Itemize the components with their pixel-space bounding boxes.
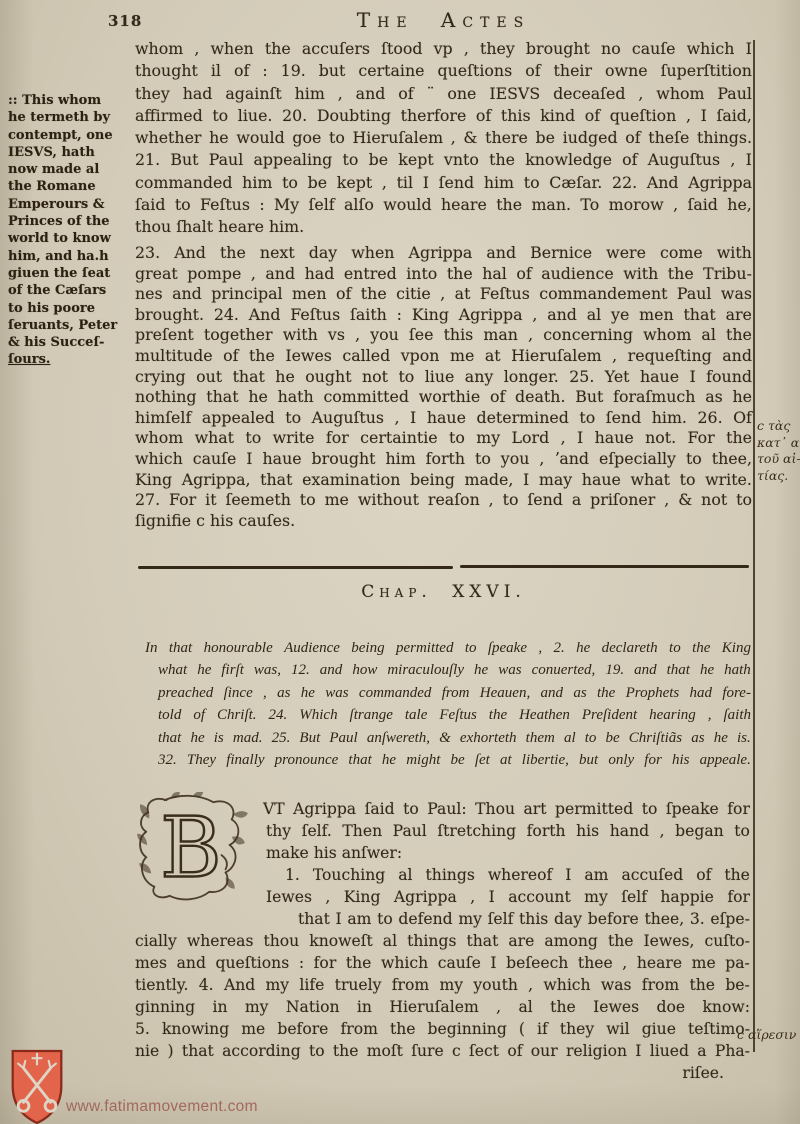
- chapter-argument: InthathonourableAudiencebeingpermittedto…: [145, 637, 751, 771]
- chapter-body-paragraph: VTAgrippaſaidtoPaul:Thouartpermittedtoſp…: [135, 798, 750, 1084]
- margin-note-greek: c τὰςκατ᾽ αὐ-τοῦ αἰ-τίας.: [757, 418, 799, 484]
- paragraph-verses-23-27: 23.AndthenextdaywhenAgrippaandBernicewer…: [135, 243, 752, 531]
- section-divider-right: [460, 565, 749, 568]
- watermark-url: www.fatimamovement.com: [66, 1098, 258, 1116]
- margin-note-greek-bottom: c αἵρεσιν: [737, 1027, 799, 1042]
- page-border-rule: [753, 40, 755, 1052]
- section-divider-left: [138, 566, 453, 569]
- scanned-bible-page: { "colors":{"page_bg":"#d4ccb9","ink":"#…: [0, 0, 800, 1124]
- page-title: The Actes: [135, 8, 752, 32]
- paragraph-verses-19-22: whom,whentheaccuſersſtoodvp,theybroughtn…: [135, 38, 752, 239]
- papal-keys-shield-logo: [10, 1048, 64, 1124]
- chapter-heading: Chap. XXVI.: [135, 582, 752, 602]
- margin-note-left: :: This whomhe termeth bycontempt, oneIE…: [8, 92, 135, 369]
